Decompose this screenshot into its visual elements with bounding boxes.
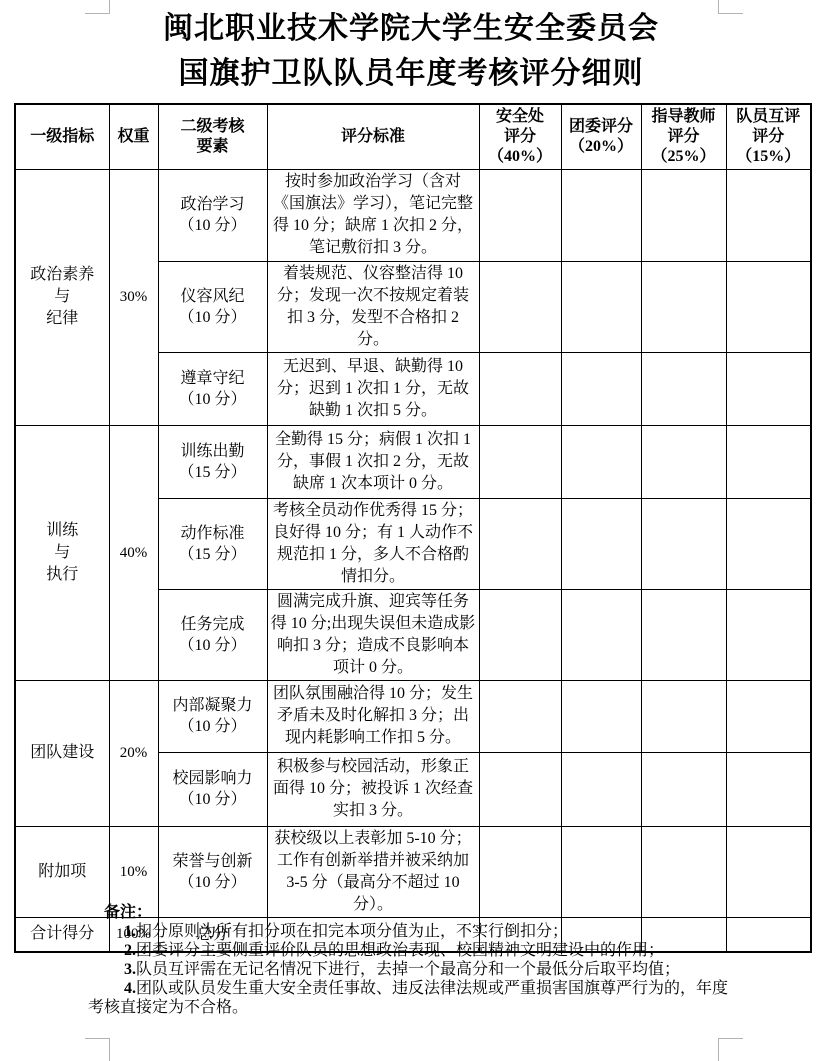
crop-mark-bottom-left (85, 1038, 110, 1061)
header-safety-office-score: 安全处 评分 （40%） (479, 104, 561, 169)
header-weight: 权重 (109, 104, 158, 169)
note-text: 团队或队员发生重大安全责任事故、违反法律法规或严重损害国旗尊严行为的，年度 考核… (88, 980, 728, 1016)
note-number: 1. (124, 923, 136, 940)
element-cell: 遵章守纪 （10 分） (158, 352, 267, 425)
score-cell-advisor[interactable] (641, 680, 726, 752)
score-cell-youth-league[interactable] (561, 261, 641, 352)
document-page: 闽北职业技术学院大学生安全委员会 国旗护卫队队员年度考核评分细则 一级指标 权重… (0, 0, 822, 1061)
score-cell-youth-league[interactable] (561, 680, 641, 752)
note-number: 4. (124, 980, 136, 997)
header-row: 一级指标 权重 二级考核 要素 评分标准 安全处 评分 （40%） 团委评分 （… (15, 104, 811, 169)
score-cell-advisor[interactable] (641, 589, 726, 680)
score-cell-advisor[interactable] (641, 261, 726, 352)
header-peer-score: 队员互评 评分 （15%） (726, 104, 811, 169)
score-cell-peer[interactable] (726, 752, 811, 826)
note-number: 2. (124, 942, 136, 959)
note-text: 团委评分主要侧重评价队员的思想政治表现、校园精神文明建设中的作用； (136, 942, 664, 959)
score-cell-safety-office[interactable] (479, 498, 561, 589)
element-cell: 仪容风纪 （10 分） (158, 261, 267, 352)
header-criteria: 评分标准 (267, 104, 479, 169)
element-cell: 任务完成 （10 分） (158, 589, 267, 680)
doc-title-line-1: 闽北职业技术学院大学生安全委员会 (0, 6, 822, 51)
weight-cell: 30% (109, 169, 158, 425)
criteria-cell: 积极参与校园活动，形象正面得 10 分；被投诉 1 次经查实扣 3 分。 (267, 752, 479, 826)
score-cell-safety-office[interactable] (479, 589, 561, 680)
notes-section: 备注： 1.扣分原则为所有扣分项在扣完本项分值为止，不实行倒扣分； 2.团委评分… (88, 903, 788, 1017)
note-text: 扣分原则为所有扣分项在扣完本项分值为止，不实行倒扣分； (136, 923, 568, 940)
element-cell: 政治学习 （10 分） (158, 169, 267, 261)
score-cell-youth-league[interactable] (561, 589, 641, 680)
score-cell-peer[interactable] (726, 680, 811, 752)
indicator-cell: 政治素养 与 纪律 (15, 169, 109, 425)
score-cell-youth-league[interactable] (561, 169, 641, 261)
criteria-cell: 无迟到、早退、缺勤得 10 分；迟到 1 次扣 1 分，无故缺勤 1 次扣 5 … (267, 352, 479, 425)
criteria-cell: 着装规范、仪容整洁得 10 分；发现一次不按规定着装扣 3 分，发型不合格扣 2… (267, 261, 479, 352)
criteria-cell: 按时参加政治学习（含对《国旗法》学习），笔记完整得 10 分；缺席 1 次扣 2… (267, 169, 479, 261)
note-item-3: 3.队员互评需在无记名情况下进行，去掉一个最高分和一个最低分后取平均值； (88, 960, 788, 979)
indicator-cell: 训练 与 执行 (15, 425, 109, 680)
score-cell-youth-league[interactable] (561, 425, 641, 498)
element-cell: 动作标准 （15 分） (158, 498, 267, 589)
score-cell-advisor[interactable] (641, 498, 726, 589)
score-cell-peer[interactable] (726, 498, 811, 589)
score-cell-peer[interactable] (726, 425, 811, 498)
score-cell-safety-office[interactable] (479, 752, 561, 826)
score-cell-safety-office[interactable] (479, 425, 561, 498)
score-cell-advisor[interactable] (641, 752, 726, 826)
note-item-2: 2.团委评分主要侧重评价队员的思想政治表现、校园精神文明建设中的作用； (88, 941, 788, 960)
note-text: 队员互评需在无记名情况下进行，去掉一个最高分和一个最低分后取平均值； (136, 961, 680, 978)
criteria-cell: 圆满完成升旗、迎宾等任务得 10 分;出现失误但未造成影响扣 3 分；造成不良影… (267, 589, 479, 680)
score-cell-advisor[interactable] (641, 352, 726, 425)
header-youth-league-score: 团委评分 （20%） (561, 104, 641, 169)
header-secondary-element: 二级考核 要素 (158, 104, 267, 169)
notes-label: 备注： (88, 903, 788, 922)
table-row: 团队建设 20% 内部凝聚力 （10 分） 团队氛围融洽得 10 分；发生矛盾未… (15, 680, 811, 752)
note-number: 3. (124, 961, 136, 978)
score-cell-peer[interactable] (726, 261, 811, 352)
criteria-cell: 考核全员动作优秀得 15 分；良好得 10 分；有 1 人动作不规范扣 1 分，… (267, 498, 479, 589)
criteria-cell: 团队氛围融洽得 10 分；发生矛盾未及时化解扣 3 分；出现内耗影响工作扣 5 … (267, 680, 479, 752)
criteria-cell: 全勤得 15 分；病假 1 次扣 1 分，事假 1 次扣 2 分，无故缺席 1 … (267, 425, 479, 498)
table-row: 政治素养 与 纪律 30% 政治学习 （10 分） 按时参加政治学习（含对《国旗… (15, 169, 811, 261)
indicator-cell: 团队建设 (15, 680, 109, 826)
note-item-1: 1.扣分原则为所有扣分项在扣完本项分值为止，不实行倒扣分； (88, 922, 788, 941)
assessment-table: 一级指标 权重 二级考核 要素 评分标准 安全处 评分 （40%） 团委评分 （… (14, 103, 812, 953)
weight-cell: 40% (109, 425, 158, 680)
score-cell-safety-office[interactable] (479, 169, 561, 261)
table-row: 训练 与 执行 40% 训练出勤 （15 分） 全勤得 15 分；病假 1 次扣… (15, 425, 811, 498)
doc-title-line-2: 国旗护卫队队员年度考核评分细则 (0, 51, 822, 96)
score-cell-youth-league[interactable] (561, 498, 641, 589)
score-cell-advisor[interactable] (641, 169, 726, 261)
score-cell-safety-office[interactable] (479, 680, 561, 752)
document-title: 闽北职业技术学院大学生安全委员会 国旗护卫队队员年度考核评分细则 (0, 6, 822, 96)
element-cell: 内部凝聚力 （10 分） (158, 680, 267, 752)
score-cell-advisor[interactable] (641, 425, 726, 498)
score-cell-safety-office[interactable] (479, 352, 561, 425)
score-cell-safety-office[interactable] (479, 261, 561, 352)
element-cell: 校园影响力 （10 分） (158, 752, 267, 826)
score-cell-youth-league[interactable] (561, 352, 641, 425)
score-cell-peer[interactable] (726, 169, 811, 261)
score-cell-youth-league[interactable] (561, 752, 641, 826)
header-primary-indicator: 一级指标 (15, 104, 109, 169)
score-cell-peer[interactable] (726, 352, 811, 425)
crop-mark-bottom-right (718, 1038, 743, 1061)
weight-cell: 20% (109, 680, 158, 826)
note-item-4: 4.团队或队员发生重大安全责任事故、违反法律法规或严重损害国旗尊严行为的，年度 … (88, 979, 788, 1017)
element-cell: 训练出勤 （15 分） (158, 425, 267, 498)
header-advisor-score: 指导教师 评分 （25%） (641, 104, 726, 169)
score-cell-peer[interactable] (726, 589, 811, 680)
